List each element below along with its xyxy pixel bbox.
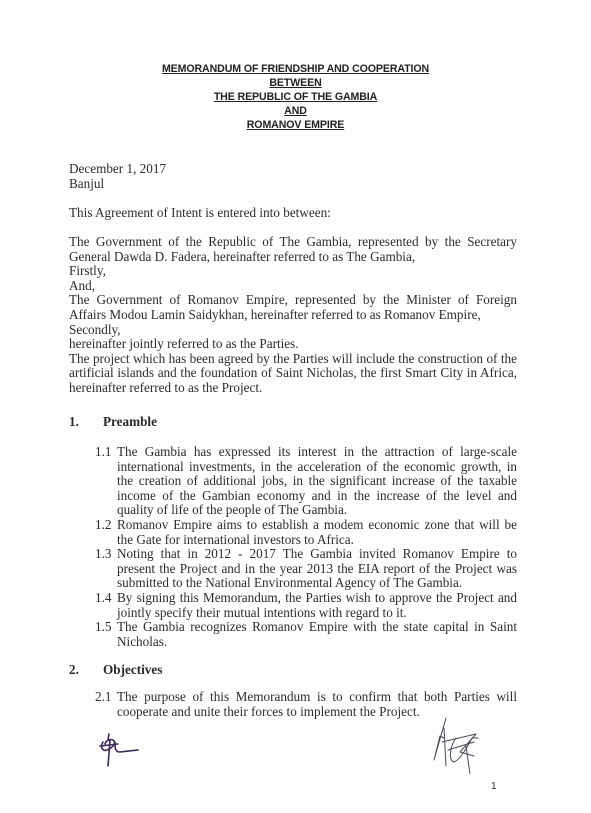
signature-right-icon <box>430 716 486 774</box>
item-text: Romanov Empire aims to establish a modem… <box>117 518 517 547</box>
signature-left-icon <box>96 732 156 772</box>
section-1-items: 1.1 The Gambia has expressed its interes… <box>95 445 517 649</box>
item-number: 2.1 <box>95 690 117 719</box>
firstly-text: Firstly, <box>69 264 517 279</box>
jointly-text: hereinafter jointly referred to as the P… <box>69 337 517 352</box>
item-number: 1.1 <box>95 445 117 518</box>
title-line-5: ROMANOV EMPIRE <box>247 119 344 131</box>
list-item: 1.2 Romanov Empire aims to establish a m… <box>95 518 517 547</box>
section-1-heading: 1.Preamble <box>69 414 157 429</box>
date: December 1, 2017 <box>69 162 517 177</box>
section-2-items: 2.1 The purpose of this Memorandum is to… <box>95 690 517 719</box>
section-2-number: 2. <box>69 662 103 677</box>
title-line-2: BETWEEN <box>269 77 321 89</box>
party-2-text: The Government of Romanov Empire, repres… <box>69 293 517 322</box>
title-line-4: AND <box>284 105 307 117</box>
item-number: 1.3 <box>95 547 117 591</box>
title-line-1: MEMORANDUM OF FRIENDSHIP AND COOPERATION <box>162 63 429 75</box>
item-text: By signing this Memorandum, the Parties … <box>117 591 517 620</box>
item-text: The Gambia recognizes Romanov Empire wit… <box>117 620 517 649</box>
section-2-heading: 2.Objectives <box>69 662 162 677</box>
list-item: 1.5 The Gambia recognizes Romanov Empire… <box>95 620 517 649</box>
item-text: The Gambia has expressed its interest in… <box>117 445 517 518</box>
section-1-number: 1. <box>69 414 103 429</box>
document-title: MEMORANDUM OF FRIENDSHIP AND COOPERATION… <box>0 62 591 132</box>
item-number: 1.4 <box>95 591 117 620</box>
secondly-text: Secondly, <box>69 323 517 338</box>
item-text: The purpose of this Memorandum is to con… <box>117 690 517 719</box>
page-number: 1 <box>491 781 497 792</box>
and-text: And, <box>69 279 517 294</box>
list-item: 1.1 The Gambia has expressed its interes… <box>95 445 517 518</box>
intro-text: This Agreement of Intent is entered into… <box>69 206 517 221</box>
list-item: 1.4 By signing this Memorandum, the Part… <box>95 591 517 620</box>
list-item: 1.3 Noting that in 2012 - 2017 The Gambi… <box>95 547 517 591</box>
item-number: 1.2 <box>95 518 117 547</box>
item-number: 1.5 <box>95 620 117 649</box>
place: Banjul <box>69 177 517 192</box>
section-2-title: Objectives <box>103 662 162 677</box>
party-1-text: The Government of the Republic of The Ga… <box>69 235 517 264</box>
title-line-3: THE REPUBLIC OF THE GAMBIA <box>214 91 377 103</box>
list-item: 2.1 The purpose of this Memorandum is to… <box>95 690 517 719</box>
section-1-title: Preamble <box>103 414 157 429</box>
document-body: December 1, 2017 Banjul This Agreement o… <box>69 162 517 396</box>
item-text: Noting that in 2012 - 2017 The Gambia in… <box>117 547 517 591</box>
document-page: MEMORANDUM OF FRIENDSHIP AND COOPERATION… <box>0 0 591 813</box>
project-text: The project which has been agreed by the… <box>69 352 517 396</box>
